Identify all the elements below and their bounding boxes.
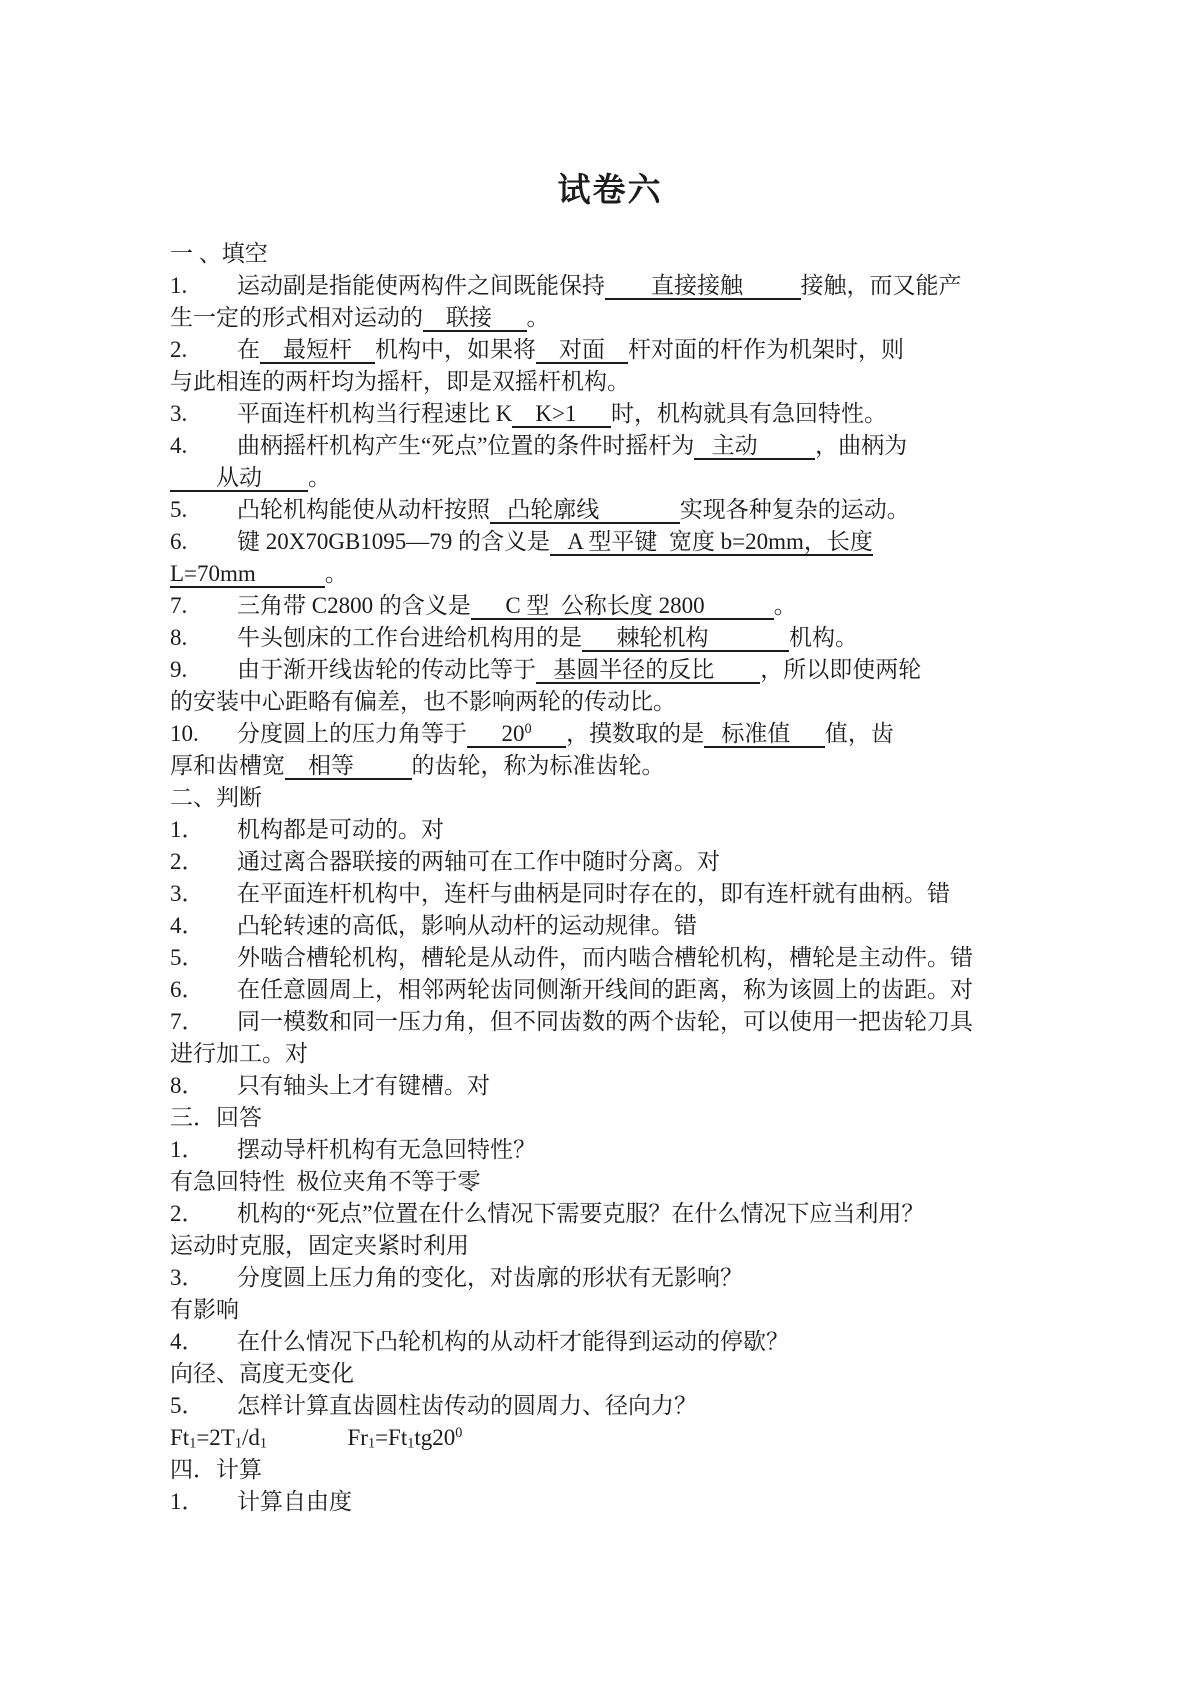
fill-q10-line2: 厚和齿槽宽 相等 的齿轮，称为标准齿轮。 [170,750,1050,782]
text-run: 的安装中心距略有偏差，也不影响两轮的传动比。 [170,689,676,714]
judge-q3: 3．在平面连杆机构中，连杆与曲柄是同时存在的，即有连杆就有曲柄。错 [170,878,1050,910]
fill-q1-line2: 生一定的形式相对运动的 联接 。 [170,302,1050,334]
blank-answer-text: C 型 公称长度 2800 [471,593,774,618]
item-number: 3． [170,1262,237,1294]
blank-answer-text: L=70mm [170,561,325,586]
text-run: 三角带 C2800 的含义是 [237,593,471,618]
blank-answer-text: 对面 [536,337,628,362]
blank-answer-text: 0 [525,721,532,737]
text-run: 1 [368,1436,375,1452]
fill-in-blank: 对面 [536,337,628,364]
judge-q5: 5．外啮合槽轮机构，槽轮是从动件，而内啮合槽轮机构，槽轮是主动件。错 [170,942,1050,974]
text-run: 机构的“死点”位置在什么情况下需要克服？在什么情况下应当利用？ [237,1201,924,1226]
answer-a5-formula: Ft1=2T1/d1 Fr1=Ft1tg200 [170,1422,1050,1454]
text-run: 计算自由度 [237,1489,352,1514]
answer-a4: 向径、高度无变化 [170,1358,1050,1390]
blank-answer-text [532,721,567,746]
fill-in-blank: A 型平键 宽度 b=20mm，长度 [550,529,873,556]
answer-q1: 1．摆动导杆机构有无急回特性？ [170,1134,1050,1166]
text-run: 时，机构就具有急回特性。 [611,401,887,426]
fill-in-blank: K>1 [512,401,611,428]
text-run: 分度圆上压力角的变化，对齿廓的形状有无影响？ [237,1265,743,1290]
fill-q4-line1: 4.曲柄摇杆机构产生“死点”位置的条件时摇杆为 主动 ，曲柄为 [170,430,1050,462]
answer-q2: 2．机构的“死点”位置在什么情况下需要克服？在什么情况下应当利用？ [170,1198,1050,1230]
text-run: 通过离合器联接的两轴可在工作中随时分离。对 [237,849,720,874]
fill-q2-line2: 与此相连的两杆均为摇杆，即是双摇杆机构。 [170,366,1050,398]
text-run: 曲柄摇杆机构产生“死点”位置的条件时摇杆为 [237,433,694,458]
answer-q3: 3．分度圆上压力角的变化，对齿廓的形状有无影响？ [170,1262,1050,1294]
text-run: 运动时克服，固定夹紧时利用 [170,1233,469,1258]
text-run: 键 20X70GB1095—79 的含义是 [237,529,550,554]
judge-q7-line2: 进行加工。对 [170,1038,1050,1070]
text-run: 机构都是可动的。对 [237,817,444,842]
text-run: 。 [325,561,348,586]
document-body: 试卷六 一 、填空1.运动副是指能使两构件之间既能保持 直接接触 接触，而又能产… [0,0,1190,1518]
item-number: 2． [170,846,237,878]
text-run: 分度圆上的压力角等于 [237,721,467,746]
blank-answer-text: 20 [467,721,525,746]
item-number: 7． [170,1006,237,1038]
text-run: 1 [235,1436,242,1452]
text-run: ，所以即使两轮 [760,657,921,682]
item-number: 1． [170,814,237,846]
text-run: 四．计算 [170,1457,262,1482]
text-run: 有急回特性 极位夹角不等于零 [170,1169,481,1194]
text-run: =2T [196,1425,235,1450]
fill-q3: 3.平面连杆机构当行程速比 K K>1 时，机构就具有急回特性。 [170,398,1050,430]
text-run: 0 [455,1425,462,1441]
page-title: 试卷六 [170,172,1050,210]
exam-document-page: 试卷六 一 、填空1.运动副是指能使两构件之间既能保持 直接接触 接触，而又能产… [0,0,1190,1683]
fill-q10-line1: 10.分度圆上的压力角等于 200 ，摸数取的是 标准值 值，齿 [170,718,1050,750]
item-number: 1． [170,1486,237,1518]
text-run: 一 、填空 [170,241,268,266]
text-run: 生一定的形式相对运动的 [170,305,423,330]
fill-in-blank: 主动 [694,433,815,460]
text-run: tg20 [414,1425,455,1450]
section-2-heading: 二、判断 [170,782,1050,814]
item-number: 2. [170,334,237,366]
fill-in-blank: 从动 [170,465,308,492]
fill-in-blank: 直接接触 [605,273,801,300]
item-number: 7. [170,590,237,622]
text-run: 由于渐开线齿轮的传动比等于 [237,657,536,682]
text-run: 1 [260,1436,267,1452]
text-run: ，摸数取的是 [566,721,704,746]
item-number: 6. [170,526,237,558]
item-number: 5． [170,942,237,974]
item-number: 6． [170,974,237,1006]
blank-answer-text: 最短杆 [260,337,375,362]
judge-q6: 6．在任意圆周上，相邻两轮齿同侧渐开线间的距离，称为该圆上的齿距。对 [170,974,1050,1006]
blank-answer-text: 联接 [423,305,527,330]
judge-q2: 2．通过离合器联接的两轴可在工作中随时分离。对 [170,846,1050,878]
section-3-heading: 三．回答 [170,1102,1050,1134]
text-run: 机构中，如果将 [375,337,536,362]
blank-answer-text: 棘轮机构 [582,625,789,650]
answer-q4: 4．在什么情况下凸轮机构的从动杆才能得到运动的停歇？ [170,1326,1050,1358]
text-run: 在任意圆周上，相邻两轮齿同侧渐开线间的距离，称为该圆上的齿距。对 [237,977,973,1002]
item-number: 4. [170,430,237,462]
fill-in-blank: L=70mm [170,561,325,588]
text-run: 。 [527,305,550,330]
item-number: 9. [170,654,237,686]
answer-a2: 运动时克服，固定夹紧时利用 [170,1230,1050,1262]
fill-q9-line1: 9.由于渐开线齿轮的传动比等于 基圆半径的反比 ，所以即使两轮 [170,654,1050,686]
text-run: /d [242,1425,260,1450]
text-run: 摆动导杆机构有无急回特性？ [237,1137,536,1162]
blank-answer-text: A 型平键 宽度 b=20mm，长度 [550,529,873,554]
item-number: 4． [170,1326,237,1358]
text-run: 三．回答 [170,1105,262,1130]
answer-a3: 有影响 [170,1294,1050,1326]
fill-in-blank: 凸轮廓线 [490,497,680,524]
text-run: 。 [774,593,797,618]
item-number: 3． [170,878,237,910]
item-number: 8． [170,1070,237,1102]
fill-in-blank: 基圆半径的反比 [536,657,760,684]
fill-in-blank: 棘轮机构 [582,625,789,652]
item-number: 1. [170,270,237,302]
text-run: 二、判断 [170,785,262,810]
text-run: 厚和齿槽宽 [170,753,285,778]
fill-in-blank: 最短杆 [260,337,375,364]
item-number: 3. [170,398,237,430]
fill-q4-line2: 从动 。 [170,462,1050,494]
text-run: 的齿轮，称为标准齿轮。 [412,753,665,778]
blank-answer-text: 凸轮廓线 [490,497,680,522]
judge-q1: 1．机构都是可动的。对 [170,814,1050,846]
blank-answer-text: 直接接触 [605,273,801,298]
text-run: 在平面连杆机构中，连杆与曲柄是同时存在的，即有连杆就有曲柄。错 [237,881,950,906]
fill-q1-line1: 1.运动副是指能使两构件之间既能保持 直接接触 接触，而又能产 [170,270,1050,302]
judge-q8: 8．只有轴头上才有键槽。对 [170,1070,1050,1102]
item-number: 10. [170,718,237,750]
text-run: Fr [347,1425,367,1450]
section-4-heading: 四．计算 [170,1454,1050,1486]
fill-q7: 7.三角带 C2800 的含义是 C 型 公称长度 2800 。 [170,590,1050,622]
text-run: =Ft [375,1425,407,1450]
text-run: 同一模数和同一压力角，但不同齿数的两个齿轮，可以使用一把齿轮刀具 [237,1009,973,1034]
text-run: 机构。 [789,625,858,650]
text-run: 在 [237,337,260,362]
fill-in-blank: 标准值 [704,721,825,748]
blank-answer-text: 从动 [170,465,308,490]
text-run: 进行加工。对 [170,1041,308,1066]
fill-q6-line1: 6.键 20X70GB1095—79 的含义是 A 型平键 宽度 b=20mm，… [170,526,1050,558]
judge-q4: 4．凸轮转速的高低，影响从动杆的运动规律。错 [170,910,1050,942]
answer-a1: 有急回特性 极位夹角不等于零 [170,1166,1050,1198]
blank-answer-text: 基圆半径的反比 [536,657,760,682]
text-run: 杆对面的杆作为机架时，则 [628,337,904,362]
item-number: 5. [170,494,237,526]
item-number: 1． [170,1134,237,1166]
answer-q5: 5．怎样计算直齿圆柱齿传动的圆周力、径向力？ [170,1390,1050,1422]
fill-in-blank: 相等 [285,753,412,780]
text-run: 与此相连的两杆均为摇杆，即是双摇杆机构。 [170,369,630,394]
fill-q8: 8.牛头刨床的工作台进给机构用的是 棘轮机构 机构。 [170,622,1050,654]
fill-q2-line1: 2.在 最短杆 机构中，如果将 对面 杆对面的杆作为机架时，则 [170,334,1050,366]
text-run: 平面连杆机构当行程速比 K [237,401,512,426]
item-number: 2． [170,1198,237,1230]
text-run: 外啮合槽轮机构，槽轮是从动件，而内啮合槽轮机构，槽轮是主动件。错 [237,945,973,970]
text-run: 有影响 [170,1297,239,1322]
text-run: 牛头刨床的工作台进给机构用的是 [237,625,582,650]
blank-answer-text: K>1 [512,401,611,426]
fill-q6-line2: L=70mm 。 [170,558,1050,590]
text-run: 在什么情况下凸轮机构的从动杆才能得到运动的停歇？ [237,1329,789,1354]
item-number: 5． [170,1390,237,1422]
text-run: 怎样计算直齿圆柱齿传动的圆周力、径向力？ [237,1393,697,1418]
blank-answer-text: 标准值 [704,721,825,746]
item-number: 4． [170,910,237,942]
item-number: 8. [170,622,237,654]
blank-answer-text: 主动 [694,433,815,458]
text-run [267,1425,348,1450]
text-run: 接触，而又能产 [801,273,962,298]
fill-q9-line2: 的安装中心距略有偏差，也不影响两轮的传动比。 [170,686,1050,718]
text-run: 运动副是指能使两构件之间既能保持 [237,273,605,298]
fill-in-blank: 200 [467,721,566,748]
text-run: ，曲柄为 [815,433,907,458]
document-lines: 一 、填空1.运动副是指能使两构件之间既能保持 直接接触 接触，而又能产生一定的… [170,238,1050,1518]
calc-q1: 1．计算自由度 [170,1486,1050,1518]
section-1-heading: 一 、填空 [170,238,1050,270]
fill-in-blank: C 型 公称长度 2800 [471,593,774,620]
judge-q7-line1: 7．同一模数和同一压力角，但不同齿数的两个齿轮，可以使用一把齿轮刀具 [170,1006,1050,1038]
text-run: 值，齿 [825,721,894,746]
text-run: 只有轴头上才有键槽。对 [237,1073,490,1098]
fill-q5: 5.凸轮机构能使从动杆按照 凸轮廓线 实现各种复杂的运动。 [170,494,1050,526]
text-run: 向径、高度无变化 [170,1361,354,1386]
fill-in-blank: 联接 [423,305,527,332]
blank-answer-text: 相等 [285,753,412,778]
text-run: 凸轮机构能使从动杆按照 [237,497,490,522]
text-run: 。 [308,465,331,490]
text-run: Ft [170,1425,189,1450]
text-run: 凸轮转速的高低，影响从动杆的运动规律。错 [237,913,697,938]
text-run: 实现各种复杂的运动。 [680,497,910,522]
